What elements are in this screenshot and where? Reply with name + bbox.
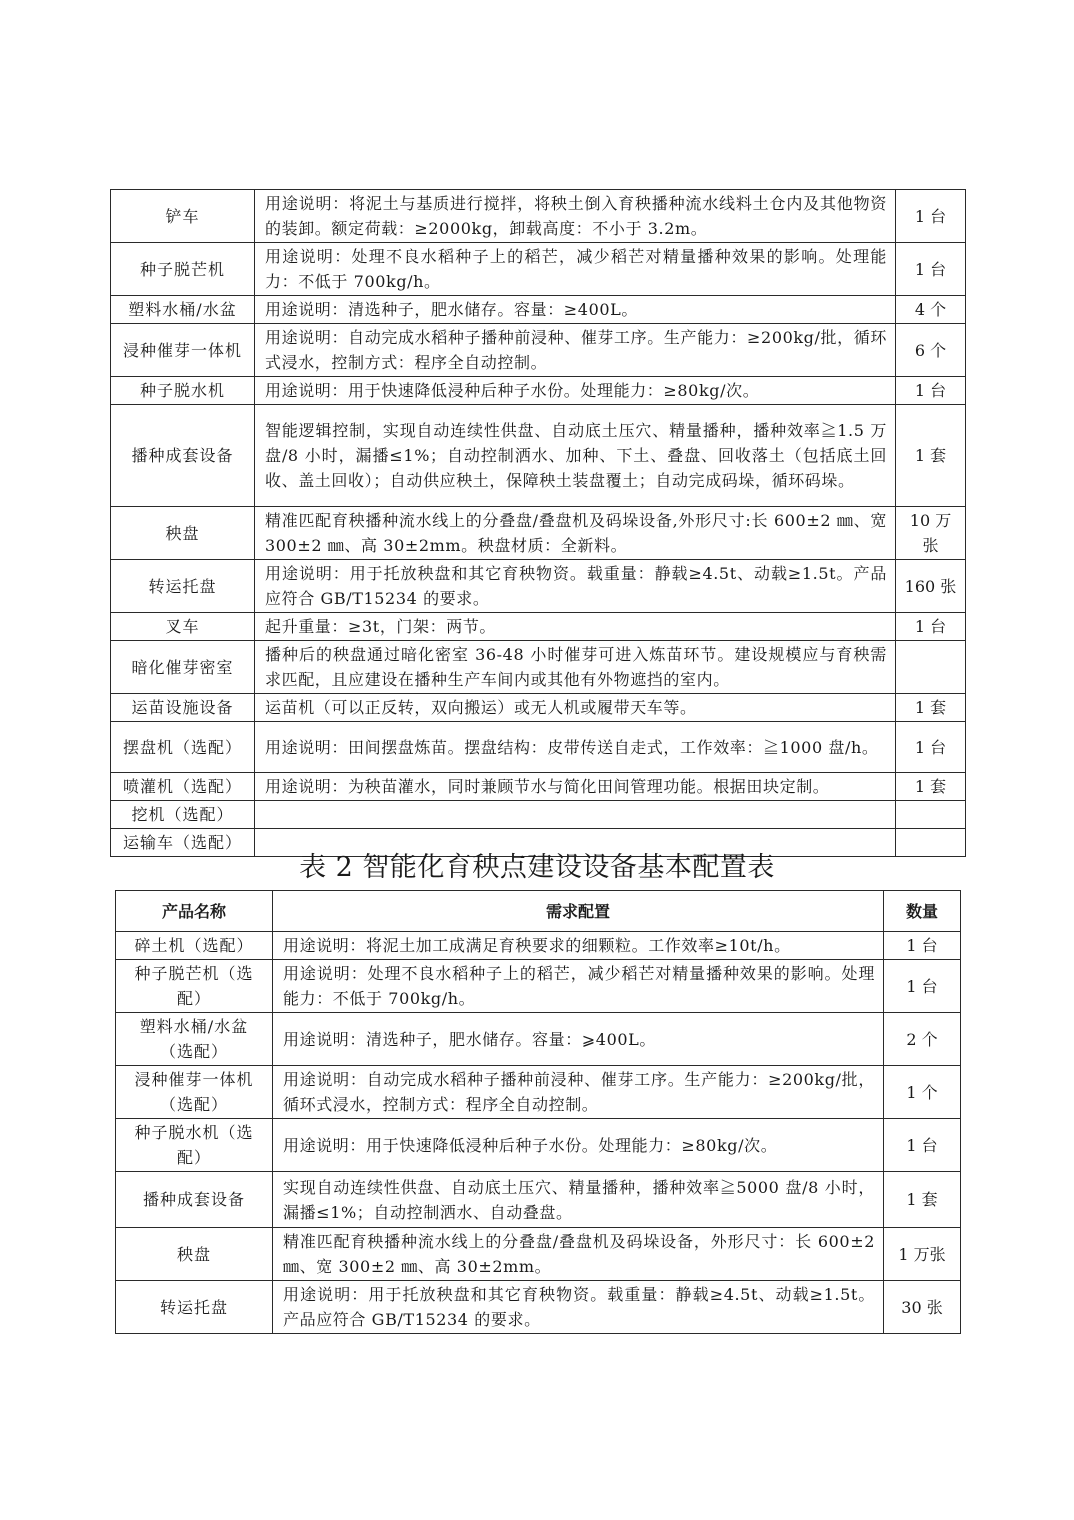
product-name: 挖机（选配） [111,801,255,829]
requirement: 用途说明：清选种子，肥水储存。容量：≥400L。 [255,296,896,324]
table-row: 播种成套设备实现自动连续性供盘、自动底土压穴、精量播种，播种效率≧5000 盘/… [116,1172,961,1228]
header-product-name: 产品名称 [116,891,273,932]
requirement: 用途说明：用于托放秧盘和其它育秧物资。载重量：静载≥4.5t、动载≥1.5t。产… [255,560,896,613]
requirement: 用途说明：自动完成水稻种子播种前浸种、催芽工序。生产能力：≥200kg/批，循环… [273,1066,884,1119]
requirement: 用途说明：用于托放秧盘和其它育秧物资。载重量：静载≥4.5t、动载≥1.5t。产… [273,1281,884,1334]
quantity: 1 台 [896,613,966,641]
table-row: 摆盘机（选配）用途说明：田间摆盘炼苗。摆盘结构：皮带传送自走式，工作效率：≧10… [111,722,966,773]
requirement: 用途说明：将泥土加工成满足育秧要求的细颗粒。工作效率≥10t/h。 [273,932,884,960]
product-name: 秧盘 [116,1228,273,1281]
quantity: 1 套 [884,1172,961,1228]
requirement: 起升重量：≥3t，门架：两节。 [255,613,896,641]
quantity: 1 台 [884,932,961,960]
table-row: 种子脱水机用途说明：用于快速降低浸种后种子水份。处理能力：≥80kg/次。1 台 [111,377,966,405]
table-row: 叉车起升重量：≥3t，门架：两节。1 台 [111,613,966,641]
requirement: 精准匹配育秧播种流水线上的分叠盘/叠盘机及码垛设备,外形尺寸:长 600±2 ㎜… [255,507,896,560]
header-requirement: 需求配置 [273,891,884,932]
quantity: 1 台 [896,377,966,405]
requirement: 精准匹配育秧播种流水线上的分叠盘/叠盘机及码垛设备，外形尺寸：长 600±2 ㎜… [273,1228,884,1281]
product-name: 叉车 [111,613,255,641]
quantity: 1 台 [896,243,966,296]
requirement: 智能逻辑控制，实现自动连续性供盘、自动底土压穴、精量播种，播种效率≧1.5 万盘… [255,405,896,507]
product-name: 喷灌机（选配） [111,773,255,801]
table-row: 碎土机（选配）用途说明：将泥土加工成满足育秧要求的细颗粒。工作效率≥10t/h。… [116,932,961,960]
table-row: 种子脱水机（选配）用途说明：用于快速降低浸种后种子水份。处理能力：≥80kg/次… [116,1119,961,1172]
product-name: 碎土机（选配） [116,932,273,960]
quantity: 2 个 [884,1013,961,1066]
quantity: 1 台 [896,722,966,773]
table-row: 转运托盘用途说明：用于托放秧盘和其它育秧物资。载重量：静载≥4.5t、动载≥1.… [111,560,966,613]
table-row: 秧盘精准匹配育秧播种流水线上的分叠盘/叠盘机及码垛设备，外形尺寸：长 600±2… [116,1228,961,1281]
table-row: 转运托盘用途说明：用于托放秧盘和其它育秧物资。载重量：静载≥4.5t、动载≥1.… [116,1281,961,1334]
table-row: 喷灌机（选配）用途说明：为秧苗灌水，同时兼顾节水与简化田间管理功能。根据田块定制… [111,773,966,801]
requirement: 用途说明：用于快速降低浸种后种子水份。处理能力：≥80kg/次。 [255,377,896,405]
quantity: 1 套 [896,694,966,722]
requirement: 用途说明：用于快速降低浸种后种子水份。处理能力：≥80kg/次。 [273,1119,884,1172]
requirement: 播种后的秧盘通过暗化密室 36-48 小时催芽可进入炼苗环节。建设规模应与育秧需… [255,641,896,694]
quantity: 1 台 [884,960,961,1013]
product-name: 塑料水桶/水盆（选配） [116,1013,273,1066]
equipment-table-1: 铲车用途说明：将泥土与基质进行搅拌，将秧土倒入育秧播种流水线料土仓内及其他物资的… [110,189,966,857]
quantity: 1 个 [884,1066,961,1119]
product-name: 塑料水桶/水盆 [111,296,255,324]
requirement: 用途说明：将泥土与基质进行搅拌，将秧土倒入育秧播种流水线料土仓内及其他物资的装卸… [255,190,896,243]
product-name: 暗化催芽密室 [111,641,255,694]
table-2-title: 表 2 智能化育秧点建设设备基本配置表 [0,850,1074,886]
table-row: 种子脱芒机（选配）用途说明：处理不良水稻种子上的稻芒，减少稻芒对精量播种效果的影… [116,960,961,1013]
quantity: 30 张 [884,1281,961,1334]
quantity: 160 张 [896,560,966,613]
table-row: 播种成套设备智能逻辑控制，实现自动连续性供盘、自动底土压穴、精量播种，播种效率≧… [111,405,966,507]
requirement: 运苗机（可以正反转，双向搬运）或无人机或履带天车等。 [255,694,896,722]
product-name: 种子脱芒机（选配） [116,960,273,1013]
product-name: 浸种催芽一体机 [111,324,255,377]
product-name: 秧盘 [111,507,255,560]
quantity: 1 台 [896,190,966,243]
requirement: 用途说明：自动完成水稻种子播种前浸种、催芽工序。生产能力：≥200kg/批，循环… [255,324,896,377]
product-name: 转运托盘 [116,1281,273,1334]
table-row: 浸种催芽一体机用途说明：自动完成水稻种子播种前浸种、催芽工序。生产能力：≥200… [111,324,966,377]
product-name: 播种成套设备 [111,405,255,507]
quantity: 4 个 [896,296,966,324]
product-name: 浸种催芽一体机（选配） [116,1066,273,1119]
table-row: 铲车用途说明：将泥土与基质进行搅拌，将秧土倒入育秧播种流水线料土仓内及其他物资的… [111,190,966,243]
quantity: 1 台 [884,1119,961,1172]
quantity [896,801,966,829]
table-row: 塑料水桶/水盆用途说明：清选种子，肥水储存。容量：≥400L。4 个 [111,296,966,324]
product-name: 种子脱水机 [111,377,255,405]
product-name: 播种成套设备 [116,1172,273,1228]
product-name: 运苗设施设备 [111,694,255,722]
quantity: 1 万张 [884,1228,961,1281]
table-header-row: 产品名称 需求配置 数量 [116,891,961,932]
product-name: 摆盘机（选配） [111,722,255,773]
requirement: 实现自动连续性供盘、自动底土压穴、精量播种，播种效率≧5000 盘/8 小时，漏… [273,1172,884,1228]
requirement [255,801,896,829]
equipment-table-2: 产品名称 需求配置 数量 碎土机（选配）用途说明：将泥土加工成满足育秧要求的细颗… [115,890,961,1334]
table-row: 秧盘精准匹配育秧播种流水线上的分叠盘/叠盘机及码垛设备,外形尺寸:长 600±2… [111,507,966,560]
product-name: 铲车 [111,190,255,243]
table-row: 挖机（选配） [111,801,966,829]
requirement: 用途说明：为秧苗灌水，同时兼顾节水与简化田间管理功能。根据田块定制。 [255,773,896,801]
quantity: 6 个 [896,324,966,377]
quantity: 1 套 [896,405,966,507]
quantity: 10 万张 [896,507,966,560]
table-row: 种子脱芒机用途说明：处理不良水稻种子上的稻芒，减少稻芒对精量播种效果的影响。处理… [111,243,966,296]
quantity [896,641,966,694]
product-name: 种子脱芒机 [111,243,255,296]
header-quantity: 数量 [884,891,961,932]
table-row: 暗化催芽密室播种后的秧盘通过暗化密室 36-48 小时催芽可进入炼苗环节。建设规… [111,641,966,694]
product-name: 转运托盘 [111,560,255,613]
table-row: 运苗设施设备运苗机（可以正反转，双向搬运）或无人机或履带天车等。1 套 [111,694,966,722]
requirement: 用途说明：处理不良水稻种子上的稻芒，减少稻芒对精量播种效果的影响。处理能力：不低… [273,960,884,1013]
product-name: 种子脱水机（选配） [116,1119,273,1172]
table-row: 浸种催芽一体机（选配）用途说明：自动完成水稻种子播种前浸种、催芽工序。生产能力：… [116,1066,961,1119]
table-row: 塑料水桶/水盆（选配）用途说明：清选种子，肥水储存。容量：⩾400L。2 个 [116,1013,961,1066]
requirement: 用途说明：田间摆盘炼苗。摆盘结构：皮带传送自走式，工作效率：≧1000 盘/h。 [255,722,896,773]
quantity: 1 套 [896,773,966,801]
requirement: 用途说明：处理不良水稻种子上的稻芒，减少稻芒对精量播种效果的影响。处理能力：不低… [255,243,896,296]
requirement: 用途说明：清选种子，肥水储存。容量：⩾400L。 [273,1013,884,1066]
